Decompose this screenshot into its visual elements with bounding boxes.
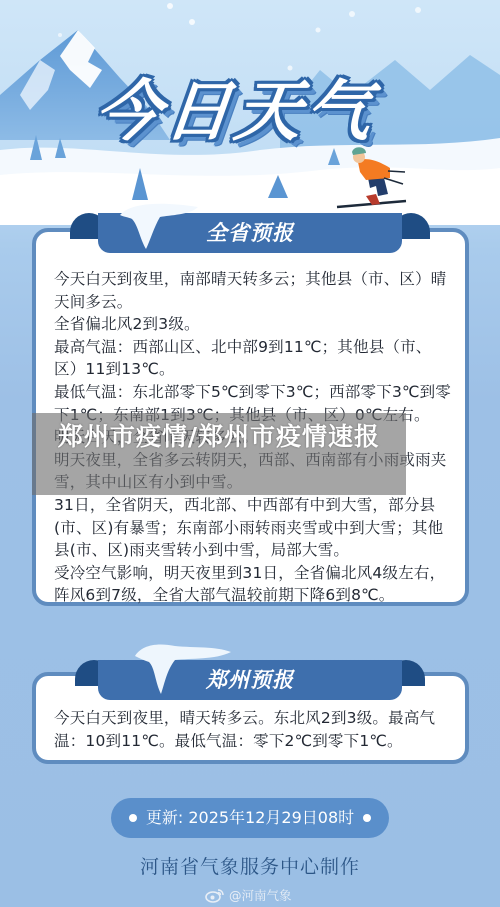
forecast-paragraph: 31日，全省阴天，西北部、中西部有中到大雪，部分县(市、区)有暴雪；东南部小雨转… [54, 494, 451, 562]
watermark: @河南气象 [205, 884, 292, 906]
watermark-text: @河南气象 [229, 886, 292, 904]
hero-title: 今日天气 [91, 72, 419, 152]
forecast-paragraph: 今天白天到夜里，南部晴天转多云；其他县（市、区）晴天间多云。 [54, 268, 451, 313]
producer-credit: 河南省气象服务中心制作 [0, 852, 500, 879]
article-title[interactable]: 郑州市疫情/郑州市疫情速报 [44, 413, 394, 453]
article-title-overlay[interactable]: 郑州市疫情/郑州市疫情速报 [32, 413, 406, 495]
forecast-paragraph: 今天白天到夜里，晴天转多云。东北风2到3级。最高气温：10到11℃。最低气温：零… [54, 707, 451, 752]
dot-icon [363, 814, 371, 822]
zhengzhou-forecast-body: 今天白天到夜里，晴天转多云。东北风2到3级。最高气温：10到11℃。最低气温：零… [54, 707, 451, 752]
zhengzhou-forecast-ribbon: 郑州预报 [70, 660, 430, 700]
forecast-paragraph: 全省偏北风2到3级。 [54, 313, 451, 336]
zhengzhou-forecast-heading: 郑州预报 [70, 660, 430, 700]
forecast-paragraph: 最高气温：西部山区、北中部9到11℃；其他县（市、区）11到13℃。 [54, 336, 451, 381]
province-forecast-heading: 全省预报 [70, 213, 430, 253]
hero-banner: 今日天气 [0, 0, 500, 225]
province-forecast-ribbon: 全省预报 [70, 213, 430, 253]
weather-poster: 今日天气 今天白天到夜里，南部晴天转多云；其他县（市、区）晴天间多云。 全省偏北… [0, 0, 500, 907]
weibo-icon [205, 887, 225, 903]
forecast-paragraph: 受冷空气影响，明天夜里到31日，全省偏北风4级左右，阵风6到7级，全省大部气温较… [54, 562, 451, 607]
update-time: 更新: 2025年12月29日08时 [145, 798, 355, 838]
update-time-pill: 更新: 2025年12月29日08时 [111, 798, 389, 838]
dot-icon [129, 814, 137, 822]
